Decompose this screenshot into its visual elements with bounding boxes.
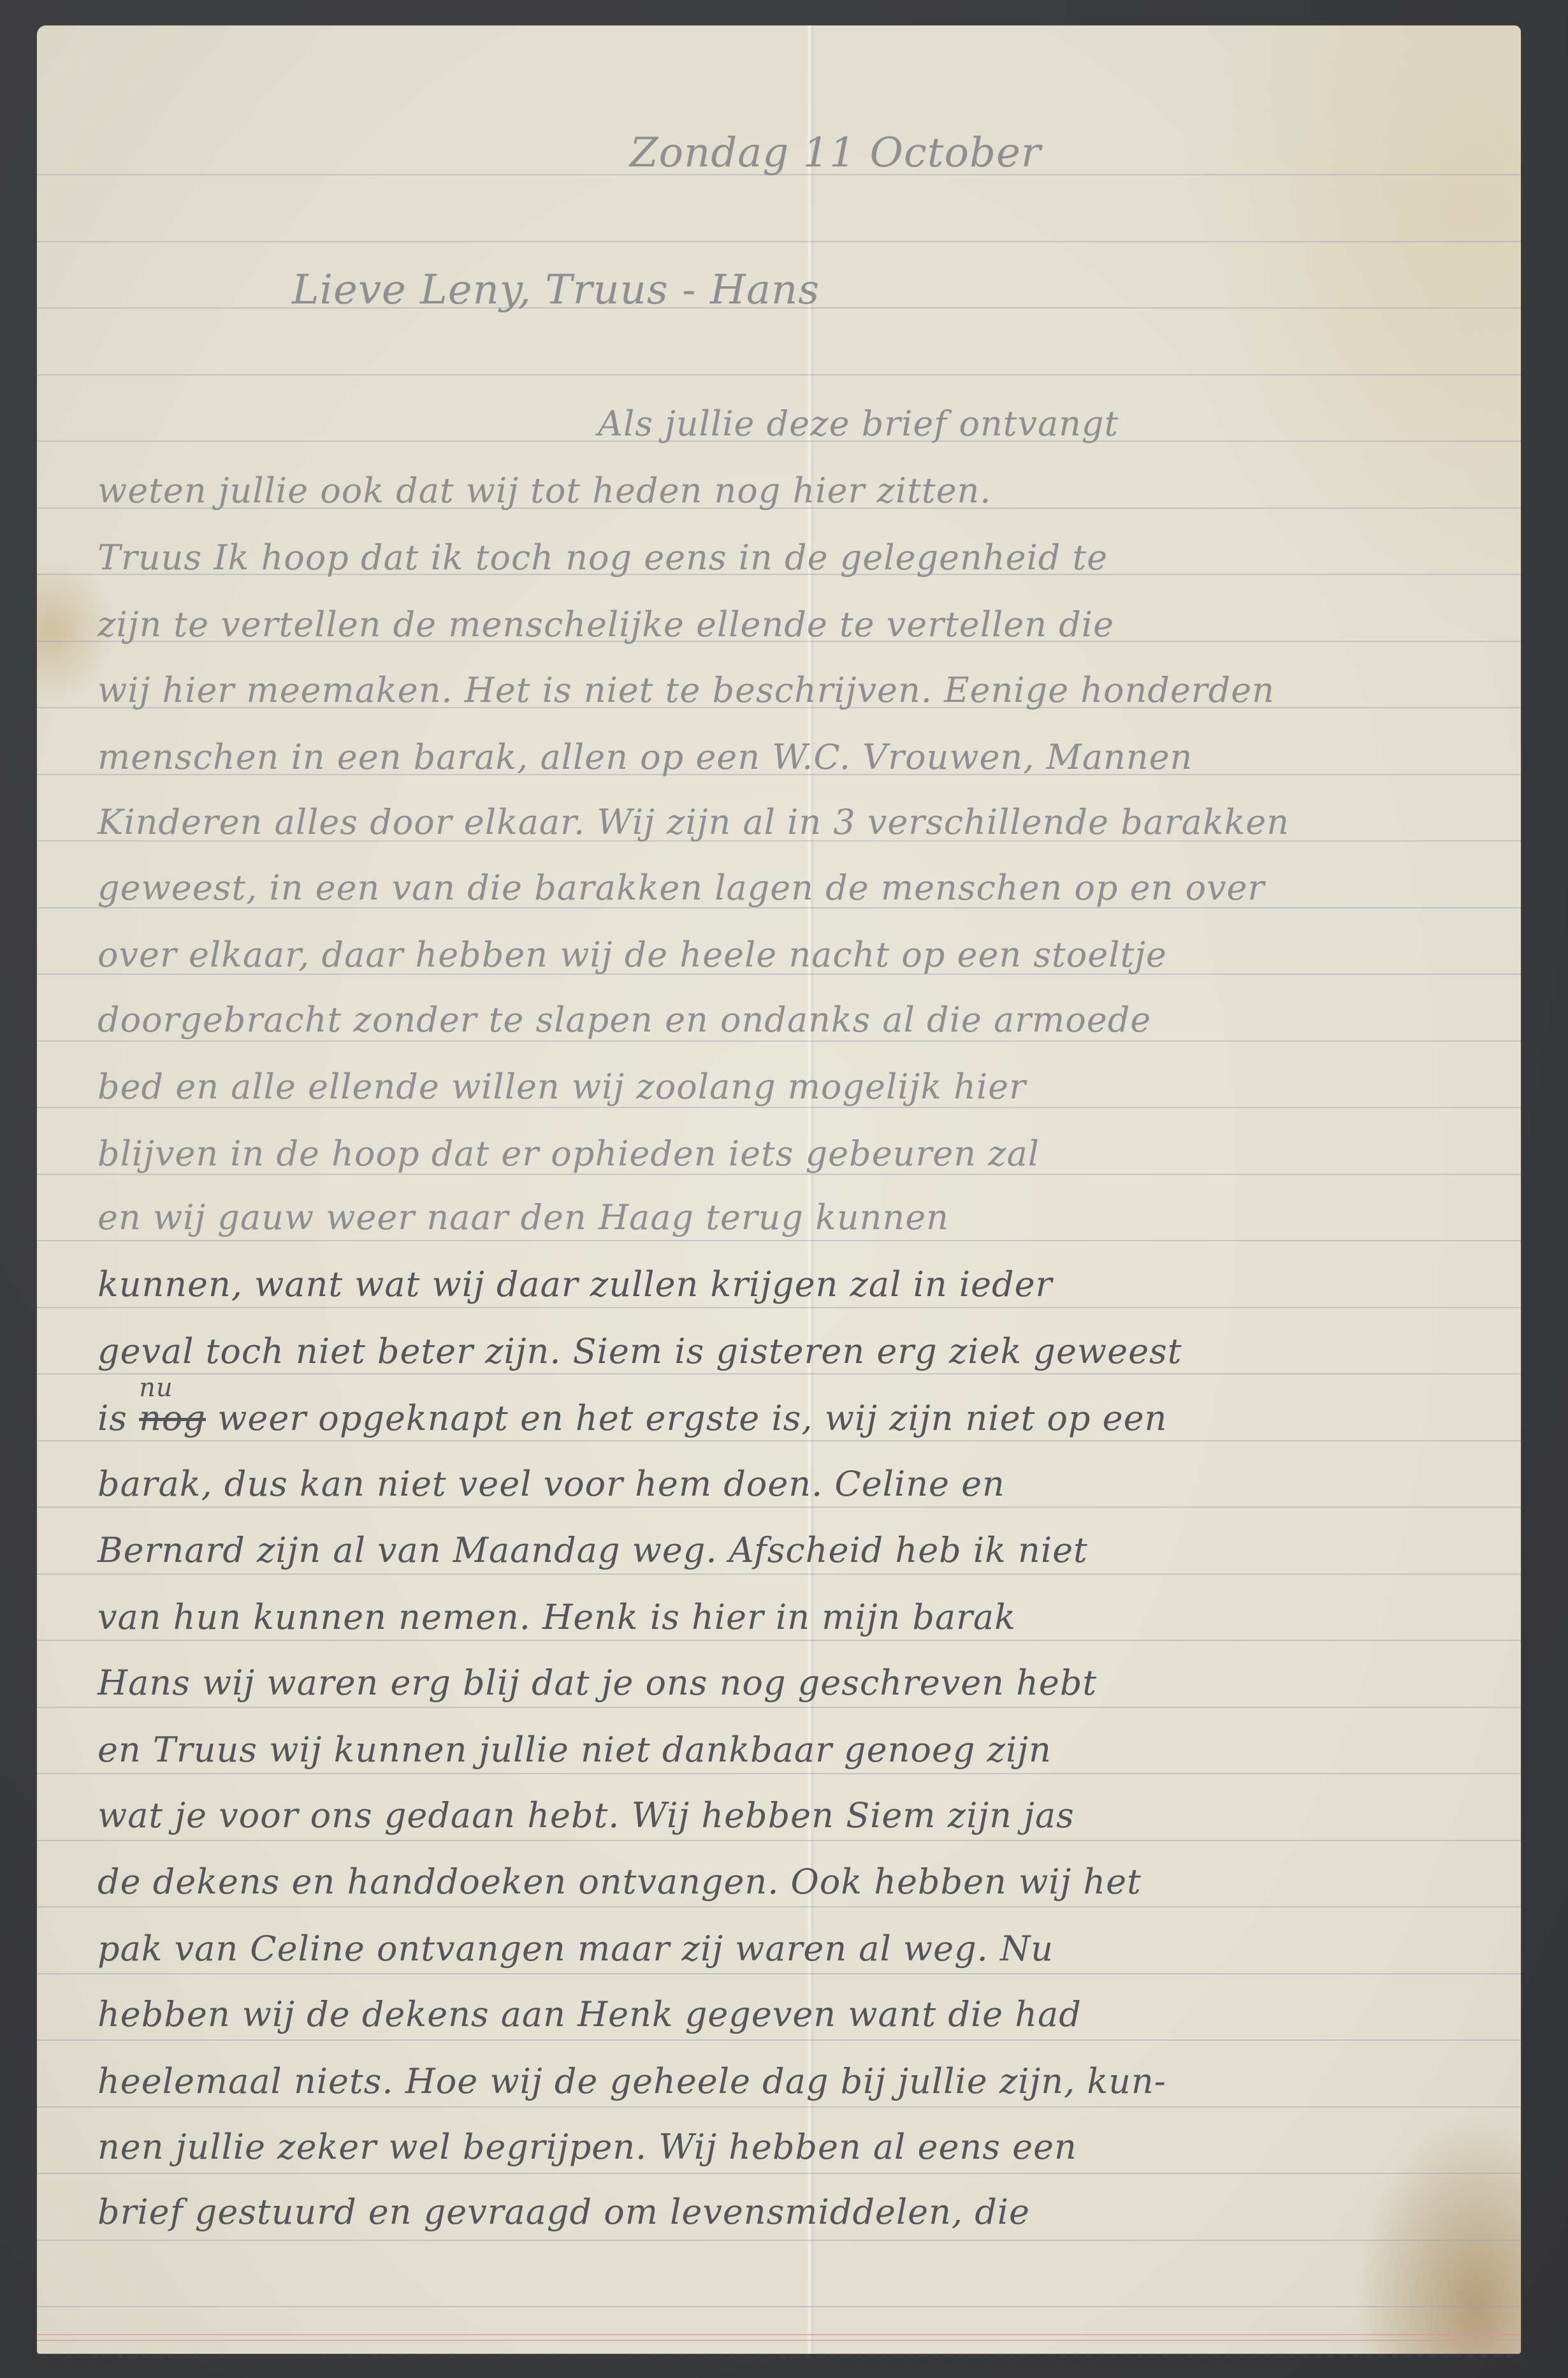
letter-line: en Truus wij kunnen jullie niet dankbaar…	[98, 1731, 1483, 1769]
letter-sheet: Zondag 11 October Lieve Leny, Truus - Ha…	[37, 26, 1521, 2354]
letter-line: barak, dus kan niet veel voor hem doen. …	[98, 1465, 1483, 1503]
correction: nu nog	[139, 1399, 206, 1438]
letter-line: pak van Celine ontvangen maar zij waren …	[98, 1930, 1483, 1968]
letter-line: Hans wij waren erg blij dat je ons nog g…	[98, 1664, 1483, 1702]
letter-line: de dekens en handdoeken ontvangen. Ook h…	[98, 1863, 1483, 1901]
letter-line: kunnen, want wat wij daar zullen krijgen…	[98, 1266, 1483, 1304]
letter-line: zijn te vertellen de menschelijke ellend…	[98, 606, 1483, 644]
letter-greeting: Lieve Leny, Truus - Hans	[292, 271, 1483, 309]
letter-line: Truus Ik hoop dat ik toch nog eens in de…	[98, 539, 1483, 577]
perforated-edge	[37, 2349, 1521, 2358]
ruled-line	[37, 2306, 1521, 2307]
ruled-line	[37, 1307, 1521, 1308]
ruled-line	[37, 1440, 1521, 1441]
ruled-line	[37, 1973, 1521, 1974]
letter-line: Kinderen alles door elkaar. Wij zijn al …	[98, 803, 1483, 842]
ruled-line	[37, 1906, 1521, 1908]
ruled-line	[37, 1773, 1521, 1774]
inserted-word: nu	[139, 1369, 173, 1407]
letter-line: brief gestuurd en gevraagd om levensmidd…	[98, 2193, 1483, 2231]
ruled-line	[37, 2106, 1521, 2108]
letter-line: nen jullie zeker wel begrijpen. Wij hebb…	[98, 2128, 1483, 2166]
bottom-margin-rule-2	[37, 2340, 1521, 2341]
letter-line: menschen in een barak, allen op een W.C.…	[98, 738, 1483, 777]
letter-line: en wij gauw weer naar den Haag terug kun…	[98, 1199, 1483, 1237]
ruled-line	[37, 1107, 1521, 1108]
letter-line-text: is	[98, 1398, 139, 1438]
letter-date: Zondag 11 October	[630, 134, 1483, 172]
ruled-line	[37, 2173, 1521, 2174]
letter-line: over elkaar, daar hebben wij de heele na…	[98, 936, 1483, 974]
letter-line: wij hier meemaken. Het is niet te beschr…	[98, 671, 1483, 710]
ruled-line	[37, 1707, 1521, 1708]
ruled-line	[37, 1506, 1521, 1508]
ruled-line	[37, 374, 1521, 376]
bottom-margin-rule-1	[37, 2334, 1521, 2335]
letter-line: bed en alle ellende willen wij zoolang m…	[98, 1068, 1483, 1106]
ruled-line	[37, 1240, 1521, 1241]
letter-line: geval toch niet beter zijn. Siem is gist…	[98, 1332, 1483, 1371]
ruled-line	[37, 2240, 1521, 2241]
ruled-line	[37, 1640, 1521, 1641]
letter-line: geweest, in een van die barakken lagen d…	[98, 869, 1483, 907]
letter-line-text: weer opgeknapt en het ergste is, wij zij…	[217, 1398, 1167, 1438]
letter-line: Als jullie deze brief ontvangt	[598, 405, 1483, 443]
letter-line: wat je voor ons gedaan hebt. Wij hebben …	[98, 1797, 1483, 1835]
letter-line: weten jullie ook dat wij tot heden nog h…	[98, 472, 1483, 510]
letter-line: Bernard zijn al van Maandag weg. Afschei…	[98, 1531, 1483, 1570]
letter-line: doorgebracht zonder te slapen en ondanks…	[98, 1001, 1483, 1039]
ruled-line	[37, 1373, 1521, 1375]
letter-line-with-correction: is nu nog weer opgeknapt en het ergste i…	[98, 1399, 1483, 1438]
ruled-line	[37, 2039, 1521, 2041]
letter-line: hebben wij de dekens aan Henk gegeven wa…	[98, 1995, 1483, 2034]
letter-line: van hun kunnen nemen. Henk is hier in mi…	[98, 1598, 1483, 1637]
ruled-line	[37, 1840, 1521, 1841]
ruled-line	[37, 1040, 1521, 1042]
letter-line: heelemaal niets. Hoe wij de geheele dag …	[98, 2062, 1483, 2101]
letter-line: blijven in de hoop dat er ophieden iets …	[98, 1135, 1483, 1173]
ruled-line	[37, 241, 1521, 242]
ruled-line	[37, 1573, 1521, 1575]
